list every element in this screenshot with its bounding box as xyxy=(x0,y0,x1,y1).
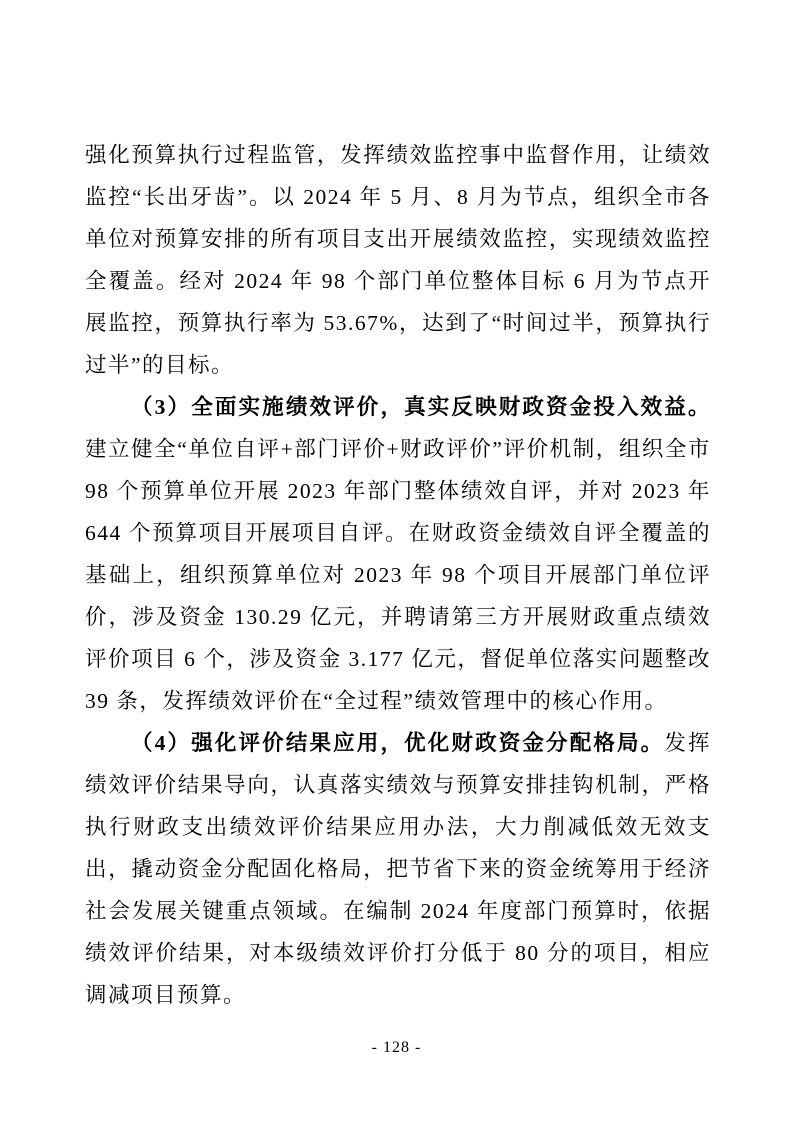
page-footer: - 128 - xyxy=(0,1039,793,1057)
paragraph-item-3: （3）全面实施绩效评价，真实反映财政资金投入效益。建立健全“单位自评+部门评价+… xyxy=(85,386,711,722)
body-text-run: 建立健全“单位自评+部门评价+财政评价”评价机制，组织全市 98 个预算单位开展… xyxy=(85,437,711,713)
document-body: 强化预算执行过程监管，发挥绩效监控事中监督作用，让绩效监控“长出牙齿”。以 20… xyxy=(85,134,711,1016)
bold-heading-run: （4）强化评价结果应用，优化财政资金分配格局。 xyxy=(131,731,664,755)
paragraph-item-4: （4）强化评价结果应用，优化财政资金分配格局。发挥绩效评价结果导向，认真落实绩效… xyxy=(85,722,711,1016)
bold-heading-run: （3）全面实施绩效评价，真实反映财政资金投入效益。 xyxy=(131,395,711,419)
body-text-run: 发挥绩效评价结果导向，认真落实绩效与预算安排挂钩机制，严格执行财政支出绩效评价结… xyxy=(85,731,711,1007)
body-text-run: 强化预算执行过程监管，发挥绩效监控事中监督作用，让绩效监控“长出牙齿”。以 20… xyxy=(85,143,711,377)
paragraph-continuation: 强化预算执行过程监管，发挥绩效监控事中监督作用，让绩效监控“长出牙齿”。以 20… xyxy=(85,134,711,386)
document-page: 强化预算执行过程监管，发挥绩效监控事中监督作用，让绩效监控“长出牙齿”。以 20… xyxy=(0,0,793,1122)
page-number: - 128 - xyxy=(372,1039,422,1056)
